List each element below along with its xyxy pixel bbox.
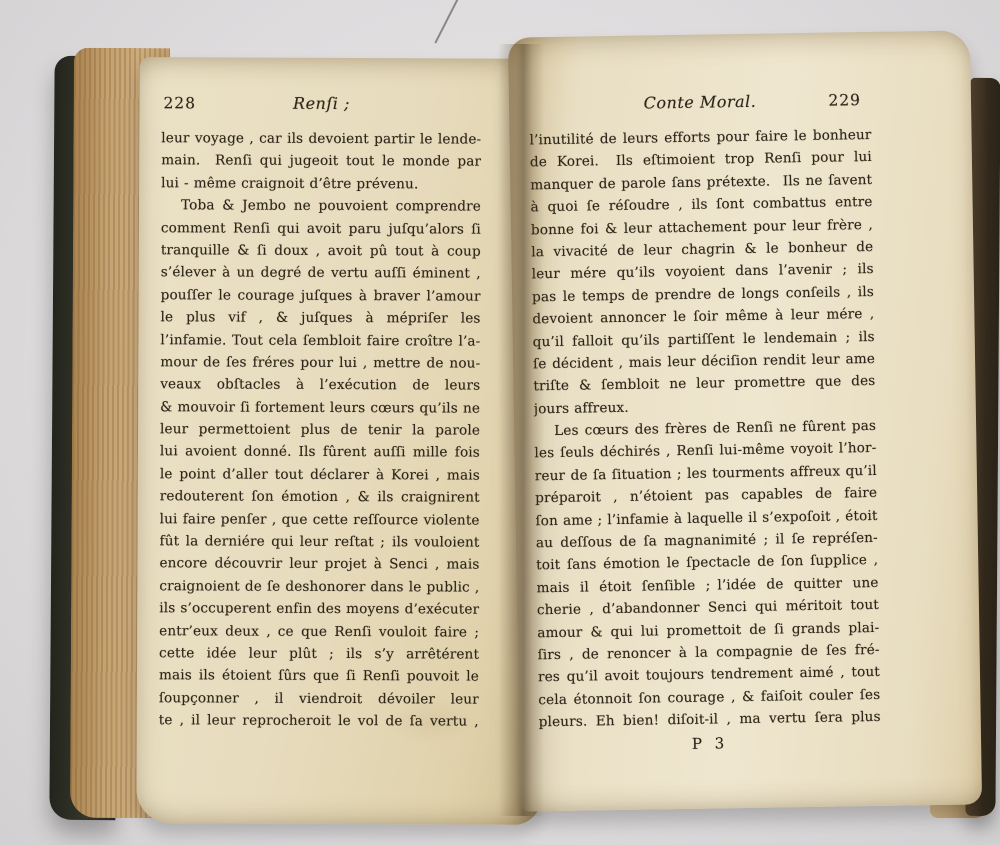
text-line: mour de ſes fréres pour lui , mettre de … [160, 351, 480, 375]
photo-background: 228 Renſi ; leur voyage , car ils devoie… [0, 0, 1000, 845]
text-line: Toba & Jembo ne pouvoient comprendre [161, 194, 481, 218]
text-line: craignoient de ſe deshonorer dans le pub… [159, 575, 479, 599]
text-line: cette idée leur plût ; ils s’y arrêtéren… [159, 642, 479, 666]
text-line: l’infamie. Tout cela ſembloit faire croî… [160, 329, 480, 353]
text-line: fût la derniére qui leur reſtat ; ils vo… [160, 530, 480, 554]
text-line: leur permettoient plus de tenir la parol… [160, 418, 480, 442]
right-page-text: l’inutilité de leurs efforts pour faire … [529, 124, 880, 734]
text-line: tranquille & ſi doux , avoit pû tout à c… [161, 239, 481, 263]
right-page-header: Conte Moral. 229 [529, 90, 871, 121]
signature-mark: P 3 [539, 731, 881, 754]
text-line: s’élever à un degré de vertu auſſi émine… [161, 262, 481, 286]
text-line: entr’eux deux , ce que Renſi vouloit fai… [159, 620, 479, 644]
text-line: veaux obſtacles à l’exécution de leurs p… [160, 374, 480, 398]
text-line: mais ils étoient ſûrs que ſi Renſi pouvo… [159, 665, 479, 689]
paragraph: l’inutilité de leurs efforts pour faire … [529, 124, 876, 420]
text-line: leur voyage , car ils devoient partir le… [161, 127, 481, 151]
text-line: le plus vif , & juſques à mépriſer les d… [160, 306, 480, 330]
paragraph: Toba & Jembo ne pouvoient comprendrecomm… [159, 194, 481, 733]
text-line: lui faire penſer , que cette reſſource v… [160, 508, 480, 532]
paragraph: leur voyage , car ils devoient partir le… [161, 127, 481, 196]
text-line: ils s’occuperent enfin des moyens d’exéc… [159, 597, 479, 621]
text-line: le point d’aller tout déclarer à Korei ,… [160, 463, 480, 487]
text-line: ſoupçonner , il viendroit dévoiler leur … [159, 687, 479, 711]
text-line: te , il leur reprocheroit le vol de ſa v… [159, 709, 479, 733]
text-line: lui avoient donné. Ils fûrent auſſi mill… [160, 441, 480, 465]
text-line: pouſſer le courage juſques à braver l’am… [161, 284, 481, 308]
stray-thread [434, 0, 459, 44]
text-line: lui - même craignoit d’être prévenu. [161, 172, 481, 196]
left-page-header: 228 Renſi ; [161, 93, 481, 120]
book-page-left: 228 Renſi ; leur voyage , car ils devoie… [136, 57, 543, 825]
text-line: redouterent ſon émotion , & ils craignir… [160, 485, 480, 509]
left-page-text: leur voyage , car ils devoient partir le… [159, 127, 482, 733]
left-text-column: 228 Renſi ; leur voyage , car ils devoie… [159, 93, 482, 733]
text-line: main. Renſi qui jugeoit tout le monde pa… [161, 150, 481, 174]
running-title-left: Renſi ; [161, 93, 481, 113]
page-number-right: 229 [828, 91, 861, 110]
text-line: encore découvrir leur projet à Senci , m… [159, 553, 479, 577]
running-title-right: Conte Moral. [529, 90, 871, 114]
paragraph: Les cœurs des frères de Renſi ne fûrent … [534, 415, 881, 734]
text-line: pleurs. Eh bien! diſoit-il , ma vertu ſe… [539, 706, 881, 734]
right-text-column: Conte Moral. 229 l’inutilité de leurs ef… [529, 90, 881, 755]
text-line: comment Renſi qui avoit paru juſqu’alors… [161, 217, 481, 241]
book-page-right: Conte Moral. 229 l’inutilité de leurs ef… [508, 30, 982, 811]
text-line: & mouvoir ſi fortement leurs cœurs qu’il… [160, 396, 480, 420]
